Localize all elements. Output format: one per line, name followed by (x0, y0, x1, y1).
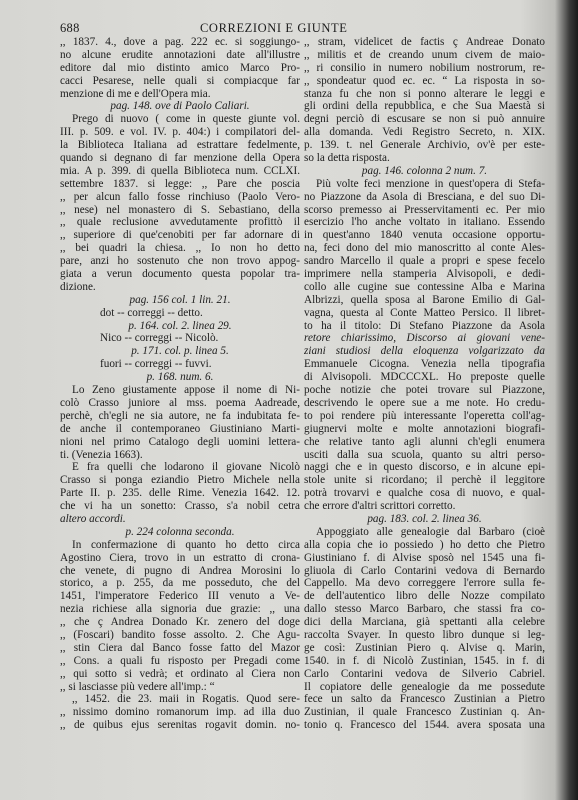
text-line: p. 164. col. 2. linea 29. (60, 320, 300, 333)
text-line: tonio q. Francesco del 1544. avera sposa… (304, 719, 545, 732)
text-line: no alcune erudite annotazioni date all'i… (60, 49, 300, 62)
text-line: ,, bei quadri la chiesa. ,, Io non ho de… (60, 242, 300, 255)
text-line: gli ordini della repubblica, e che Sua M… (304, 100, 545, 113)
text-line: storico, a p. 255, da me posseduto, che … (60, 577, 300, 590)
text-line: degni perciò di escusare se non si può a… (304, 113, 545, 126)
text-line: Crasso si ponga eziandio Pietro Michele … (60, 474, 300, 487)
text-line: fuori -- correggi -- fuvvi. (60, 358, 300, 371)
text-line: che relative tanto agli alunni ch'egli e… (304, 436, 545, 449)
text-line: sandro Marcello il quale a propri e spes… (304, 255, 545, 268)
text-line: p. 168. num. 6. (60, 371, 300, 384)
text-line: de anche il contemporaneo Giustiniano Ma… (60, 423, 300, 436)
text-line: nioni nel primo Catalogo degli uomini le… (60, 436, 300, 449)
text-line: imprimere nella stamperia Alvisopoli, e … (304, 268, 545, 281)
text-line: ,, Cons. a quali fu risposto per Pregadi… (60, 655, 300, 668)
book-page: 688 CORREZIONI E GIUNTE ,, 1837. 4., dov… (0, 0, 578, 800)
text-line: ,, qui sotto si vedrà; et ordinato al Ci… (60, 668, 300, 681)
text-line: E fra quelli che lodarono il giovane Nic… (60, 461, 300, 474)
text-line: perchè, ch'egli ne sia autore, ne fa ind… (60, 410, 300, 423)
text-line: ,, stin Ciera dal Banco fosse fatto del … (60, 642, 300, 655)
text-line: quando si degnano di far menzione della … (60, 152, 300, 165)
text-line: alla copia che io possiedo ) ho detto ch… (304, 539, 545, 552)
text-line: ,, ri consilio in numero nobilium nostro… (304, 62, 545, 75)
text-line: Il copiatore delle genealogie da me poss… (304, 681, 545, 694)
text-line: altero accordi. (60, 513, 300, 526)
text-line: ,, superiore di que'cenobiti per far ado… (60, 229, 300, 242)
text-line: de dell'autentico libro delle Nozze comp… (304, 590, 545, 603)
text-line: in quest'anno 1840 venuta occasione oppo… (304, 229, 545, 242)
text-line: ,, nissimo domino romanorum imp. ad illa… (60, 706, 300, 719)
text-line: Carlo Contarini vedova de Silverio Cabri… (304, 668, 545, 681)
text-line: settembre 1837. si legge: ,, Pare che po… (60, 178, 300, 191)
text-line: ,, 1837. 4., dove a pag. 222 ec. si sogg… (60, 36, 300, 49)
text-line: Appoggiato alle genealogie dal Barbaro (… (304, 526, 545, 539)
text-line: retore chiarissimo, Discorso ai giovani … (304, 332, 545, 345)
text-line: vagna, questa al Conte Matteo Persico. I… (304, 307, 545, 320)
text-line: Albrizzi, quella sposa al Barone Emilio … (304, 294, 545, 307)
text-line: descrivendo le opere sue a me note. Ho c… (304, 397, 545, 410)
text-line: raccolta Svayer. In questo libro dunque … (304, 629, 545, 642)
text-line: na, feci dono del mio manoscritto al con… (304, 242, 545, 255)
text-line: dici della Marciana, già spettanti alla … (304, 616, 545, 629)
text-line: che errore d'altri scrittori corretto. (304, 500, 545, 513)
text-line: to poi rendere più interessante l'operet… (304, 410, 545, 423)
text-line: che venete, di pugno di Andrea Morosini … (60, 565, 300, 578)
text-line: stole unite si ricordano; il perchè il l… (304, 474, 545, 487)
text-line: dallo stesso Marco Barbaro, che stassi f… (304, 603, 545, 616)
text-line: Nico -- correggi -- Nicolò. (60, 332, 300, 345)
text-line: di Alvisopoli. MDCCCXL. Ho preposte quel… (304, 371, 545, 384)
text-line: Agostino Ciera, trovo in un estratto di … (60, 552, 300, 565)
text-line: Giustiniano f. di Alvise sposò nel 1545 … (304, 552, 545, 565)
text-line: p. 139. t. nel Generale Archivio, ov'è p… (304, 139, 545, 152)
text-line: mia. A p. 399. di quella Biblioteca num.… (60, 165, 300, 178)
text-line: ti. (Venezia 1663). (60, 449, 300, 462)
text-line: Più volte feci menzione in quest'opera d… (304, 178, 545, 191)
left-text-column: ,, 1837. 4., dove a pag. 222 ec. si sogg… (60, 36, 300, 732)
text-line: colò Crasso juniore al mss. poema Aadrea… (60, 397, 300, 410)
text-line: ,, (Foscari) bandito fosse assolto. 2. C… (60, 629, 300, 642)
text-line: esercizio l'ho anche voltato in italiano… (304, 216, 545, 229)
text-line: ,, che ç Andrea Donado Kr. zenero del do… (60, 616, 300, 629)
running-title: CORREZIONI E GIUNTE (200, 21, 348, 36)
text-line: Zustinian, il quale Francesco Zustinian … (304, 706, 545, 719)
text-line: dot -- correggi -- detto. (60, 307, 300, 320)
text-line: gliuola di Carlo Contarini vedova di Ber… (304, 565, 545, 578)
text-line: cacci Pesarese, nelle quali si compiacqu… (60, 75, 300, 88)
text-line: ,, de quibus ejus serenitas rogavit domi… (60, 719, 300, 732)
right-text-column: ,, stram, videlicet de factis ç Andreae … (304, 36, 545, 732)
text-line: la Biblioteca Italiana ad estrattare fed… (60, 139, 300, 152)
text-line: giugnervi molte e molte annotazioni biog… (304, 423, 545, 436)
text-line: giata a verun documento questa popolar t… (60, 268, 300, 281)
text-line: ,, 1452. die 23. maii in Rogatis. Quod s… (60, 693, 300, 706)
text-line: collo alle cugine sue contessine Alba e … (304, 281, 545, 294)
text-line: to ha il titolo: Di Stefano Piazzone da … (304, 320, 545, 333)
text-line: Emmanuele Cicogna. Venezia nella tipogra… (304, 358, 545, 371)
text-line: usciti dalla sua scuola, quanto su altri… (304, 449, 545, 462)
text-line: so la detta risposta. (304, 152, 545, 165)
text-line: scorso premesso ai Presservitamenti ec. … (304, 204, 545, 217)
text-line: pag. 146. colonna 2 num. 7. (304, 165, 545, 178)
text-line: ,, nese) nel monastero di S. Sebastiano,… (60, 204, 300, 217)
text-line: ziani studiosi della eloquenza volgarizz… (304, 345, 545, 358)
text-line: alla domanda. Vedi Registro Secreto, n. … (304, 126, 545, 139)
text-line: Prego di nuovo ( come in queste giunte v… (60, 113, 300, 126)
text-line: editore dal mio distinto amico Marco Pro… (60, 62, 300, 75)
text-line: pare, anzi ho sostenuto che non trovo ap… (60, 255, 300, 268)
text-line: ,, stram, videlicet de factis ç Andreae … (304, 36, 545, 49)
text-line: In confermazione di quanto ho detto circ… (60, 539, 300, 552)
text-line: fece un salto da Francesco Zustinian a P… (304, 693, 545, 706)
page-header: 688 CORREZIONI E GIUNTE (60, 21, 540, 35)
text-line: nezia richiese alla signoria due grazie:… (60, 603, 300, 616)
text-line: ,, per alcun fallo fosse rinchiuso (Paol… (60, 191, 300, 204)
text-line: 1451, l'imperatore Federico III venuto a… (60, 590, 300, 603)
text-line: Lo Zeno giustamente appose il nome di Ni… (60, 384, 300, 397)
text-line: che vi ha un sonetto: Crasso, s'a nobil … (60, 500, 300, 513)
text-line: poche notizie che potei trovare sul Piaz… (304, 384, 545, 397)
text-line: ,, quale reclusione avvedutamente profit… (60, 216, 300, 229)
text-line: Parte II. p. 235. delle Rime. Venezia 16… (60, 487, 300, 500)
text-line: potrà trovarvi e qualche cosa di nuovo, … (304, 487, 545, 500)
text-line: pag. 148. ove di Paolo Caliari. (60, 100, 300, 113)
text-line: naggi che e in questo discorso, e in alc… (304, 461, 545, 474)
text-line: 1540. in f. di Nicolò Zustinian, 1545. i… (304, 655, 545, 668)
text-line: ,, spondeatur quod ec. ec. “ La risposta… (304, 75, 545, 88)
text-line: ge così: Zustinian Piero q. Alvise q. Ma… (304, 642, 545, 655)
text-line: p. 171. col. p. linea 5. (60, 345, 300, 358)
text-line: ,, si lasciasse più vedere all'imp.: “ (60, 681, 300, 694)
text-line: ,, militis et de creando unum civem de m… (304, 49, 545, 62)
text-line: Cappello. Ma devo correggere l'errore su… (304, 577, 545, 590)
text-line: pag. 183. col. 2. linea 36. (304, 513, 545, 526)
text-line: stanza fu che non si ponno alterare le l… (304, 88, 545, 101)
text-line: menzione di me e dell'Opera mia. (60, 88, 300, 101)
text-line: III. p. 509. e vol. IV. p. 404:) i compi… (60, 126, 300, 139)
text-line: no Piazzone da Asola di Bresciana, e del… (304, 191, 545, 204)
text-line: dizione. (60, 281, 300, 294)
page-number: 688 (60, 21, 80, 36)
text-line: pag. 156 col. 1 lin. 21. (60, 294, 300, 307)
text-line: p. 224 colonna seconda. (60, 526, 300, 539)
